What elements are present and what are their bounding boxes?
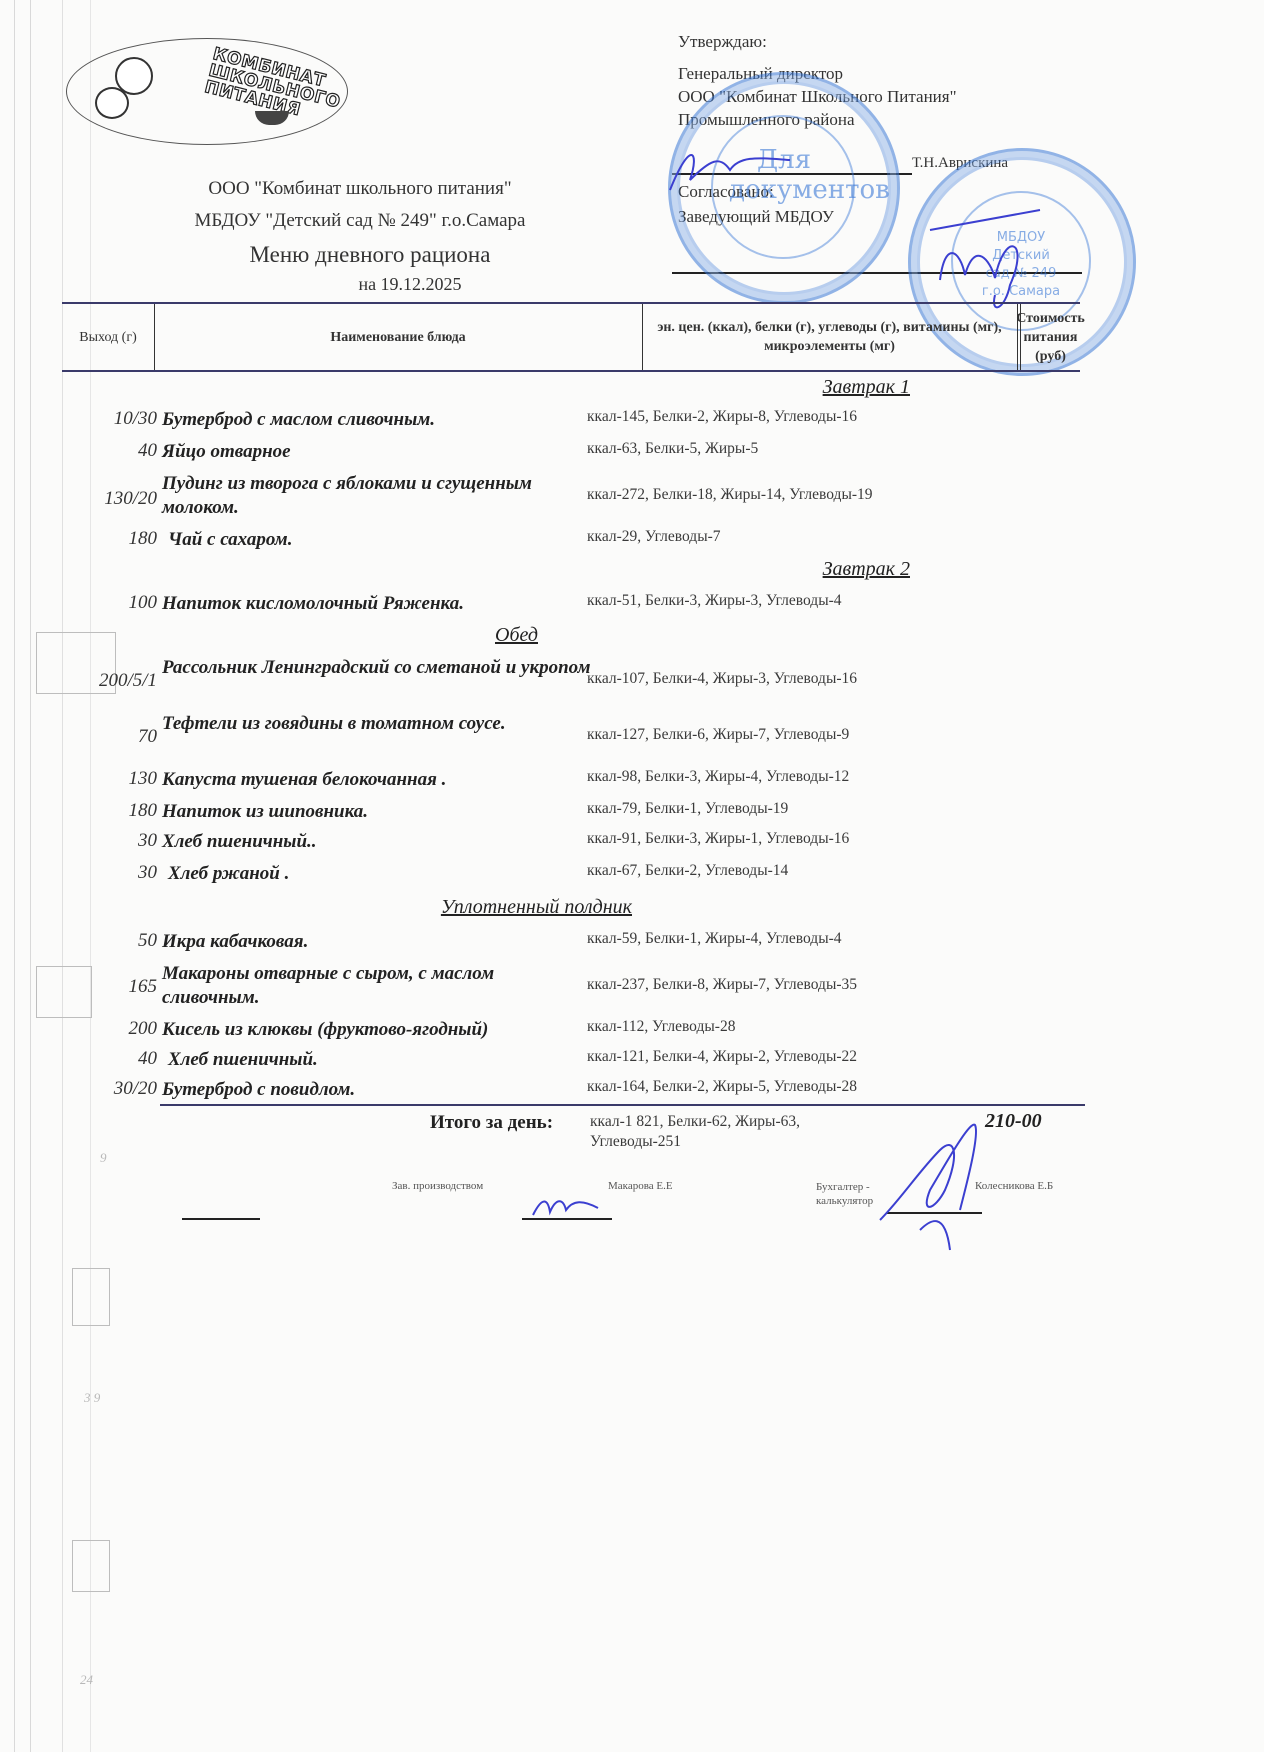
totals-nutrition: ккал-1 821, Белки-62, Жиры-63, Углеводы-…	[590, 1112, 890, 1152]
row-yield: 130/20	[62, 488, 157, 510]
row-nutrition: ккал-79, Белки-1, Углеводы-19	[587, 800, 1007, 818]
row-dish: Бутерброд с повидлом.	[162, 1078, 642, 1102]
row-yield: 100	[62, 592, 157, 614]
row-yield: 200/5/1	[62, 670, 157, 692]
section-breakfast-1: Завтрак 1	[160, 376, 910, 399]
row-yield: 10/30	[62, 408, 157, 430]
row-nutrition: ккал-145, Белки-2, Жиры-8, Углеводы-16	[587, 408, 1007, 426]
row-dish: Хлеб ржаной .	[168, 862, 648, 886]
row-nutrition: ккал-29, Углеводы-7	[587, 528, 1007, 546]
row-dish: Рассольник Ленинградский со сметаной и у…	[162, 656, 592, 680]
section-breakfast-2: Завтрак 2	[160, 558, 910, 581]
row-nutrition: ккал-237, Белки-8, Жиры-7, Углеводы-35	[587, 976, 1007, 994]
production-blank-line	[182, 1218, 260, 1220]
bowl-icon	[255, 111, 289, 125]
row-dish: Кисель из клюквы (фруктово-ягодный)	[162, 1018, 642, 1042]
row-nutrition: ккал-98, Белки-3, Жиры-4, Углеводы-12	[587, 768, 1007, 786]
row-dish: Пудинг из творога с яблоками и сгущенным…	[162, 472, 562, 520]
column-header-dish: Наименование блюда	[154, 304, 643, 370]
row-yield: 180	[62, 528, 157, 550]
production-signature	[528, 1190, 608, 1220]
row-yield: 30/20	[62, 1078, 157, 1100]
row-yield: 30	[62, 830, 157, 852]
institution-name: МБДОУ "Детский сад № 249" г.о.Самара	[140, 210, 580, 232]
row-nutrition: ккал-59, Белки-1, Жиры-4, Углеводы-4	[587, 930, 1007, 948]
row-yield: 130	[62, 768, 157, 790]
row-nutrition: ккал-51, Белки-3, Жиры-3, Углеводы-4	[587, 592, 1007, 610]
row-nutrition: ккал-164, Белки-2, Жиры-5, Углеводы-28	[587, 1078, 1007, 1096]
row-yield: 30	[62, 862, 157, 884]
row-yield: 50	[62, 930, 157, 952]
production-manager-name: Макарова Е.Е	[608, 1180, 673, 1192]
row-yield: 165	[62, 976, 157, 998]
table-bottom-rule	[160, 1104, 1085, 1106]
menu-date: на 19.12.2025	[260, 274, 560, 295]
row-dish: Хлеб пшеничный..	[162, 830, 642, 854]
org-name: ООО "Комбинат школьного питания"	[160, 178, 560, 200]
row-dish: Хлеб пшеничный.	[168, 1048, 648, 1072]
totals-label: Итого за день:	[430, 1112, 553, 1134]
row-nutrition: ккал-121, Белки-4, Жиры-2, Углеводы-22	[587, 1048, 1007, 1066]
page-title: Меню дневного рациона	[160, 242, 580, 268]
row-nutrition: ккал-107, Белки-4, Жиры-3, Углеводы-16	[587, 670, 1007, 688]
row-dish: Напиток из шиповника.	[162, 800, 642, 824]
row-dish: Яйцо отварное	[162, 440, 642, 464]
row-yield: 180	[62, 800, 157, 822]
row-nutrition: ккал-67, Белки-2, Углеводы-14	[587, 862, 1007, 880]
row-yield: 200	[62, 1018, 157, 1040]
section-afternoon-snack: Уплотненный полдник	[160, 896, 632, 919]
row-dish: Тефтели из говядины в томатном соусе.	[162, 712, 542, 736]
row-dish: Напиток кисломолочный Ряженка.	[162, 592, 642, 616]
child-face-icon	[95, 87, 129, 119]
accountant-signature	[860, 1110, 1000, 1260]
row-nutrition: ккал-112, Углеводы-28	[587, 1018, 1007, 1036]
row-dish: Бутерброд с маслом сливочным.	[162, 408, 642, 432]
row-dish: Икра кабачковая.	[162, 930, 642, 954]
section-lunch: Обед	[160, 624, 538, 647]
row-nutrition: ккал-272, Белки-18, Жиры-14, Углеводы-19	[587, 486, 1007, 504]
row-yield: 40	[62, 1048, 157, 1070]
row-dish: Капуста тушеная белокочанная .	[162, 768, 642, 792]
row-nutrition: ккал-63, Белки-5, Жиры-5	[587, 440, 1007, 458]
row-dish: Макароны отварные с сыром, с маслом слив…	[162, 962, 582, 1010]
menu-table-header: Выход (г) Наименование блюда эн. цен. (к…	[62, 302, 1080, 372]
row-yield: 40	[62, 440, 157, 462]
row-yield: 70	[62, 726, 157, 748]
approve-label: Утверждаю:	[678, 30, 767, 53]
column-header-yield: Выход (г)	[62, 304, 155, 370]
production-manager-label: Зав. производством	[392, 1180, 483, 1192]
company-logo: КОМБИНАТ ШКОЛЬНОГО ПИТАНИЯ	[66, 38, 348, 145]
approver-signature	[660, 130, 800, 200]
row-nutrition: ккал-91, Белки-3, Жиры-1, Углеводы-16	[587, 830, 1007, 848]
row-dish: Чай с сахаром.	[168, 528, 648, 552]
column-header-nutrition: эн. цен. (ккал), белки (г), углеводы (г)…	[642, 304, 1018, 370]
row-nutrition: ккал-127, Белки-6, Жиры-7, Углеводы-9	[587, 726, 1007, 744]
column-header-cost: Стоимость питания (руб)	[1020, 304, 1080, 370]
